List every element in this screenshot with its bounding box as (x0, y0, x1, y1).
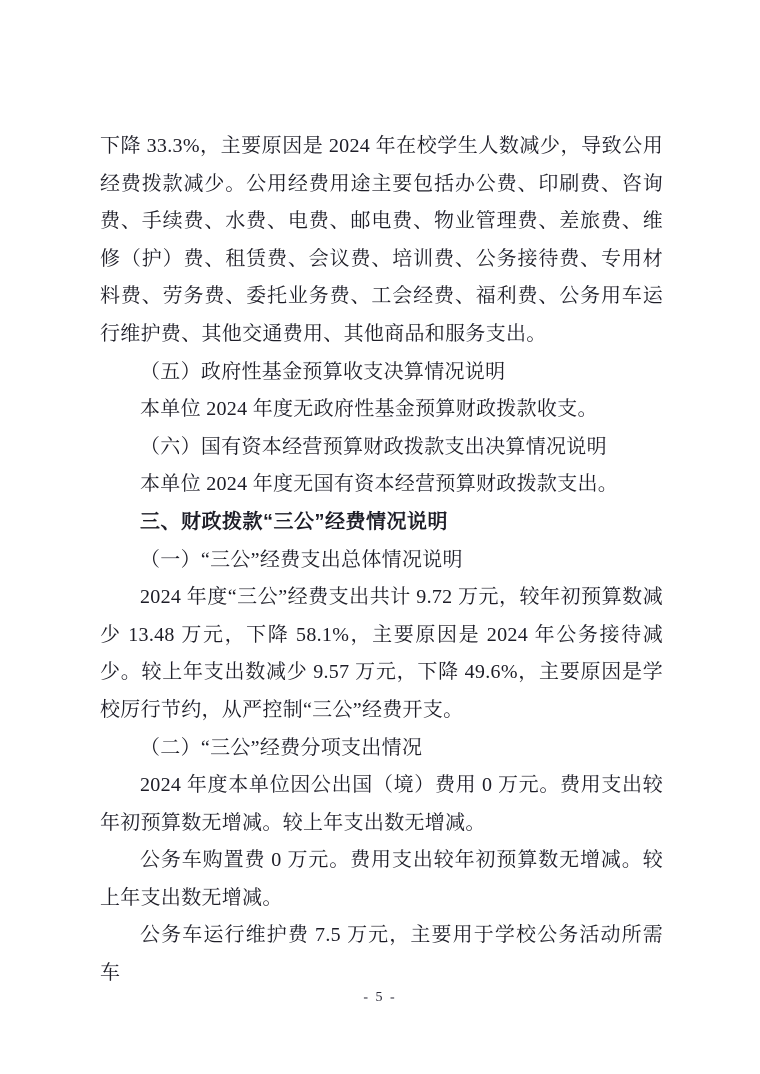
paragraph-vehicle-purchase-expense: 公务车购置费 0 万元。费用支出较年初预算数无增减。较上年支出数无增减。 (100, 842, 663, 917)
subsection-heading-gov-fund-budget: （五）政府性基金预算收支决算情况说明 (100, 354, 663, 392)
page-footer: - 5 - (0, 988, 760, 1008)
page-number: - 5 - (363, 990, 396, 1005)
document-page: 下降 33.3%，主要原因是 2024 年在校学生人数减少，导致公用经费拨款减少… (0, 0, 760, 1074)
document-body: 下降 33.3%，主要原因是 2024 年在校学生人数减少，导致公用经费拨款减少… (100, 128, 663, 993)
paragraph-public-expense-continuation: 下降 33.3%，主要原因是 2024 年在校学生人数减少，导致公用经费拨款减少… (100, 128, 663, 354)
paragraph-no-state-capital-budget: 本单位 2024 年度无国有资本经营预算财政拨款支出。 (100, 466, 663, 504)
paragraph-overall-expense-detail: 2024 年度“三公”经费支出共计 9.72 万元，较年初预算数减少 13.48… (100, 579, 663, 729)
subsection-heading-itemized-expenses: （二）“三公”经费分项支出情况 (100, 730, 663, 768)
paragraph-no-gov-fund-budget: 本单位 2024 年度无政府性基金预算财政拨款收支。 (100, 391, 663, 429)
paragraph-vehicle-maintenance-expense: 公务车运行维护费 7.5 万元，主要用于学校公务活动所需车 (100, 917, 663, 992)
section-heading-three-public-expenses: 三、财政拨款“三公”经费情况说明 (100, 504, 663, 542)
subsection-heading-overall-situation: （一）“三公”经费支出总体情况说明 (100, 542, 663, 580)
paragraph-overseas-travel-expense: 2024 年度本单位因公出国（境）费用 0 万元。费用支出较年初预算数无增减。较… (100, 767, 663, 842)
subsection-heading-state-capital-budget: （六）国有资本经营预算财政拨款支出决算情况说明 (100, 429, 663, 467)
